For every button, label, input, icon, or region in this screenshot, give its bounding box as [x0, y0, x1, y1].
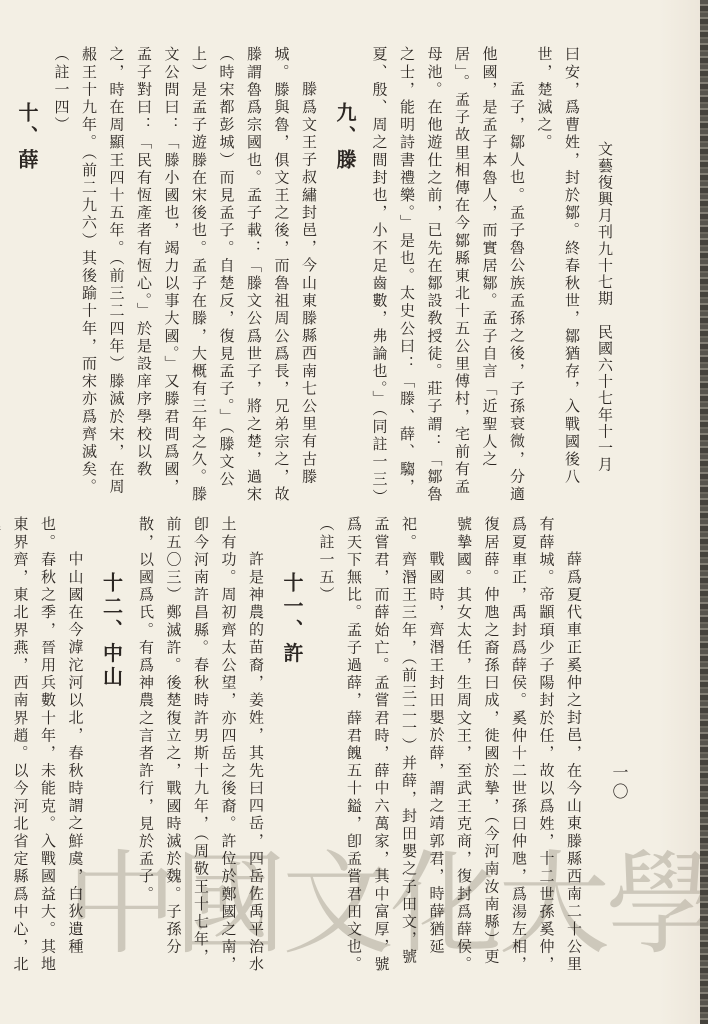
paragraph-xue-history: 薛爲夏代車正奚仲之封邑，在今山東滕縣西南二十公里有薛城。帝顓頊少子陽封於任，故以… [449, 516, 587, 974]
section-heading-9-teng: 九、滕 [329, 102, 359, 504]
paragraph-zou-continuation: 曰安，爲曹姓，封於鄒。終春秋世，鄒猶存，入戰國後八世，楚滅之。 [529, 46, 584, 504]
paragraph-teng: 滕爲文王子叔繡封邑，今山東滕縣西南七公里有古滕城。滕與魯，俱文王之後，而魯祖周公… [46, 46, 321, 504]
scan-binding-edge [700, 0, 708, 1024]
journal-header: 文藝復興月刊九十七期 民國六十七年十一月 [594, 141, 614, 473]
paragraph-xu: 許是神農的苗裔，姜姓，其先曰四岳，四岳佐禹平治水土有功。周初齊太公望，亦四岳之後… [131, 516, 269, 974]
bottom-text-register: 薛爲夏代車正奚仲之封邑，在今山東滕縣西南二十公里有薛城。帝顓頊少子陽封於任，故以… [0, 516, 586, 974]
paragraph-zhongshan: 中山國在今滹沱河以北，春秋時謂之鮮虞，白狄遺種也。春秋之季，晉用兵數十年，未能克… [0, 516, 88, 974]
section-heading-10-xue: 十、薛 [11, 102, 41, 504]
paragraph-mengzi: 孟子，鄒人也。孟子魯公族孟孫之後，子孫衰微，分適他國，是孟子本魯人，而實居鄒。孟… [364, 46, 529, 504]
scanned-document-page: 中國文化大學 文藝復興月刊九十七期 民國六十七年十一月 一〇 曰安，爲曹姓，封於… [0, 0, 708, 1024]
paragraph-xue-warring-states: 戰國時，齊湣王封田嬰於薛，謂之靖郭君，時薛猶延祀。齊湣王三年，（前三二一）并薛，… [311, 516, 449, 974]
page-number: 一〇 [608, 764, 628, 802]
top-text-register: 曰安，爲曹姓，封於鄒。終春秋世，鄒猶存，入戰國後八世，楚滅之。 孟子，鄒人也。孟… [3, 46, 584, 504]
section-heading-11-xu: 十一、許 [276, 572, 306, 974]
section-heading-12-zhongshan: 十二、中山 [96, 572, 126, 974]
